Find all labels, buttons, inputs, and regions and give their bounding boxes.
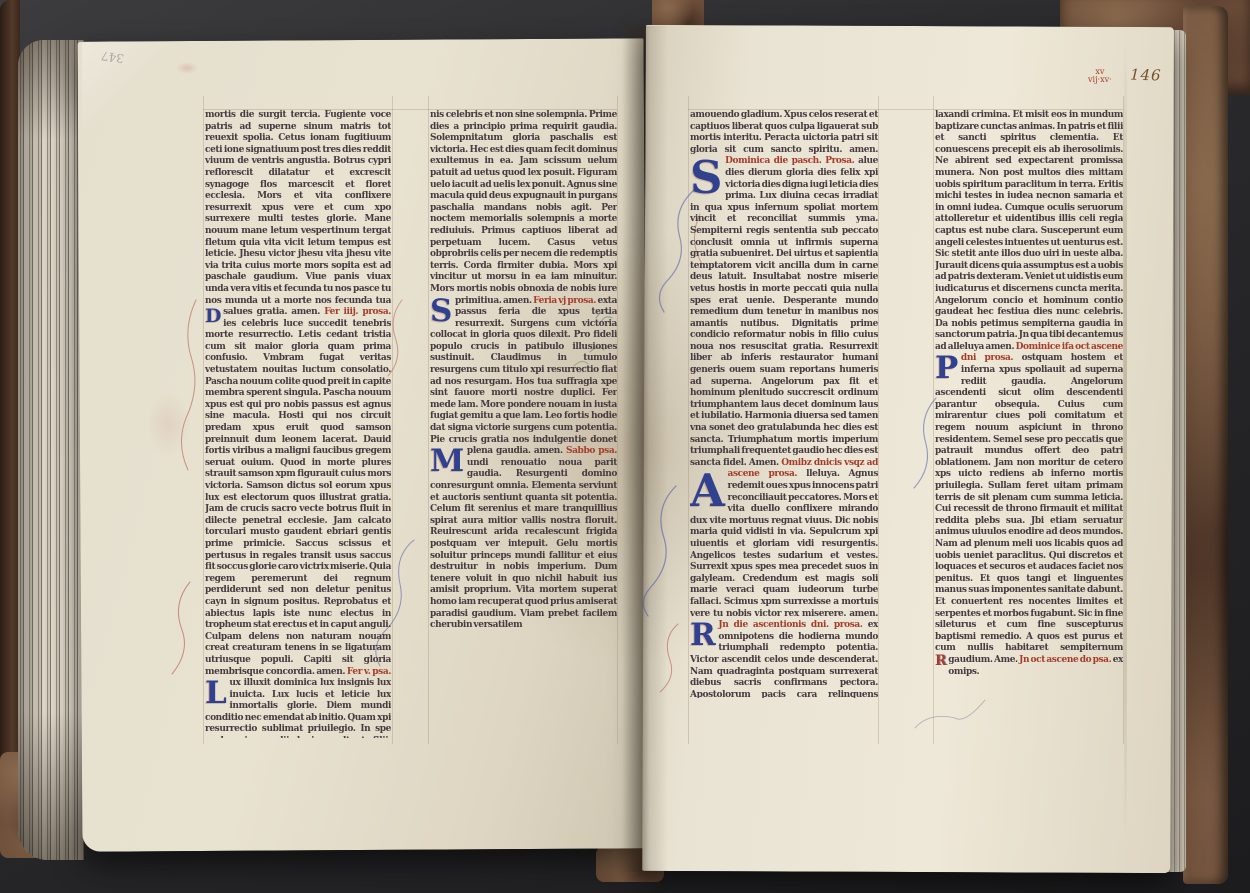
gothic-body-text: amouendo gladium. Xpus celos reserat et … (690, 110, 878, 155)
red-show-through (176, 62, 198, 74)
folio-number: 146 (1130, 65, 1162, 84)
gothic-body-text: exta passus feria die xpus tertia resurr… (430, 296, 617, 457)
ruling-line (428, 96, 429, 744)
text-column-1: mortis die surgit tercia. Fugiente voce … (205, 110, 391, 738)
illuminated-initial: L (205, 680, 226, 707)
rubric-text: Fer v. psa. (347, 667, 391, 677)
pencil-folio-number: 347 (100, 48, 125, 65)
rubric-text: Fer iiij. prosa. (324, 307, 391, 317)
gothic-body-text: nis celebris et non sine solempnia. Prim… (430, 110, 617, 306)
illuminated-initial: R (690, 622, 715, 649)
rubric-text: Jn oct ascene do psa. (1019, 655, 1113, 665)
gothic-body-text: mortis die surgit tercia. Fugiente voce … (205, 110, 391, 317)
show-through-ghost (146, 392, 190, 456)
text-column-2: nis celebris et non sine solempnia. Prim… (430, 110, 617, 722)
gothic-body-text: undi renouatio noua parit gaudia. Resurg… (430, 458, 617, 630)
rubric-text: Feria vj prosa. (533, 296, 597, 306)
fore-edge-page-stack (18, 40, 84, 860)
leather-cover-right-edge (1183, 6, 1228, 884)
gothic-body-text: ex omnipotens die hodierna mundo triumph… (690, 620, 878, 698)
text-column-3: amouendo gladium. Xpus celos reserat et … (690, 110, 878, 698)
ruling-line (617, 96, 618, 744)
illuminated-initial: M (430, 448, 464, 475)
vellum-crease (1124, 40, 1127, 840)
gothic-body-text: ies celebris luce succedit tenebris mort… (205, 319, 391, 677)
rubric-text: Sabbo psa. (566, 446, 617, 456)
rubric-text: Dominica die pasch. Prosa. (725, 156, 858, 166)
gothic-body-text: ux illuxit dominica lux insignis lux inu… (205, 678, 391, 738)
quire-mark-line2: vij·xv· (1088, 76, 1112, 84)
text-column-4: laxandi crimina. Et misit eos in mundum … (935, 110, 1123, 716)
gutter-shadow (622, 26, 668, 872)
gothic-body-text: laxandi crimina. Et misit eos in mundum … (935, 110, 1123, 352)
quire-signature-mark: xv vij·xv· (1088, 68, 1112, 84)
illuminated-initial: A (690, 472, 725, 510)
ruling-line (933, 96, 934, 744)
illuminated-initial: D (205, 308, 221, 325)
photograph-background: { "manuscript": { "folio_number": "146",… (0, 0, 1250, 893)
gothic-body-text: alue dies dierum gloria dies felix xpi v… (690, 156, 878, 467)
illuminated-initial: P (935, 355, 958, 382)
ruling-line (203, 96, 204, 744)
rubric-text: Jn die ascentionis dni. prosa. (718, 620, 867, 630)
illuminated-initial: R (935, 655, 946, 667)
illuminated-initial: S (690, 159, 722, 197)
ruling-line (878, 96, 879, 744)
illuminated-initial: S (430, 298, 452, 325)
gothic-body-text: ostquam hostem et inferna xpus spoliauit… (935, 353, 1123, 664)
ruling-line (1123, 96, 1124, 744)
ruling-line (688, 96, 689, 744)
leather-spine-edge (0, 0, 20, 830)
ruling-line (392, 96, 393, 744)
